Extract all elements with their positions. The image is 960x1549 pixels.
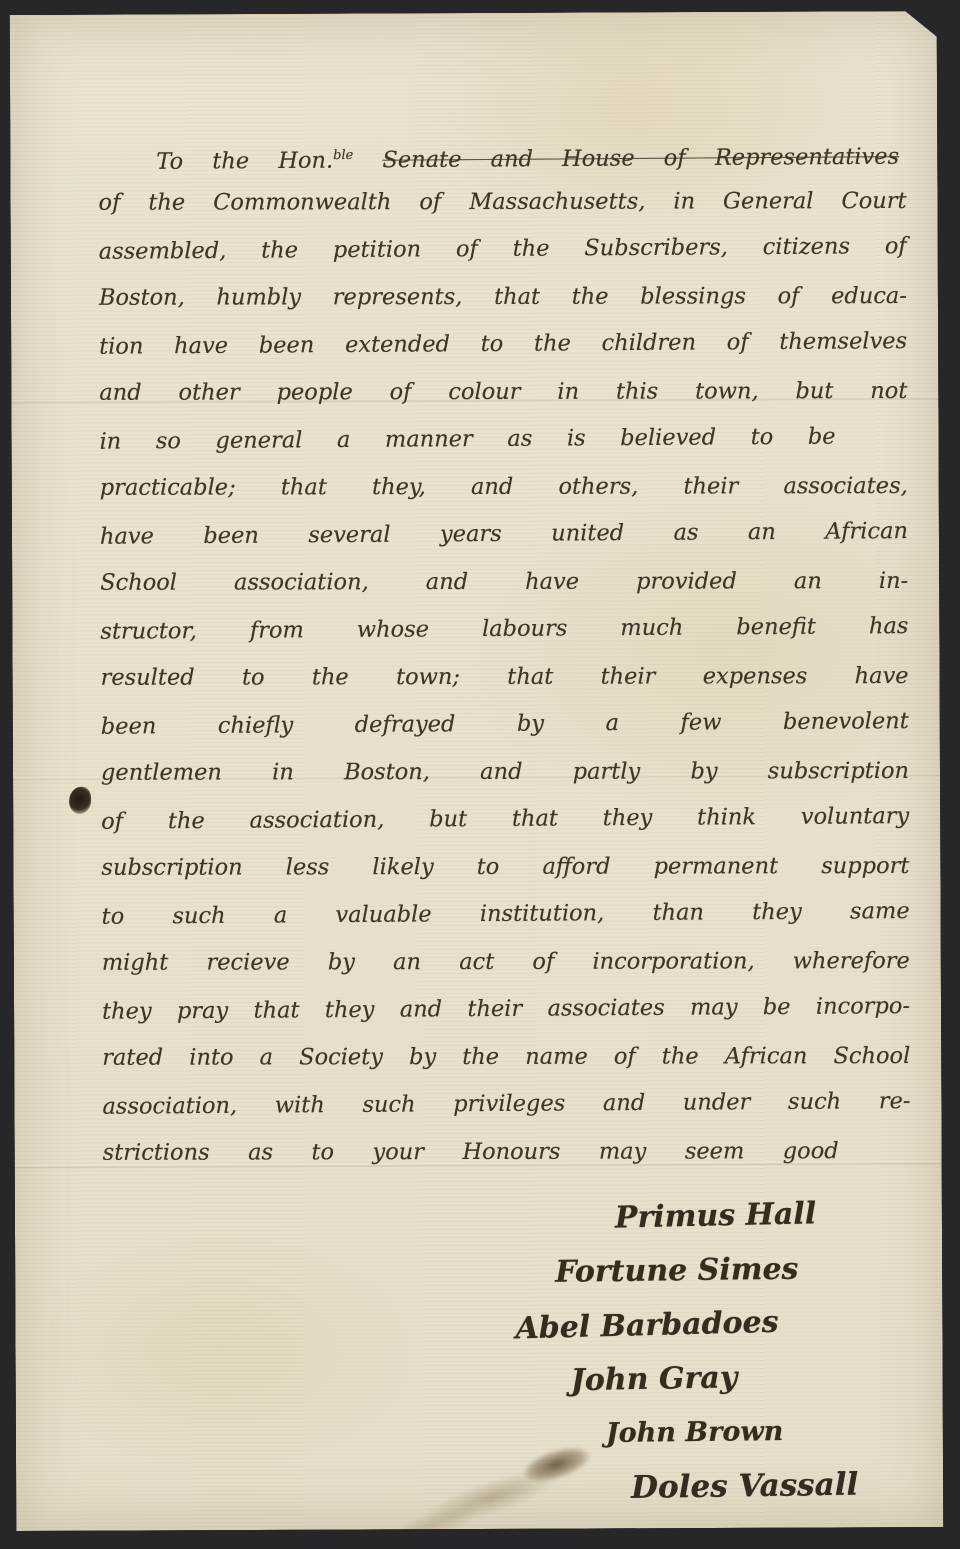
signature-block: Primus Hall Fortune Simes Abel Barbadoes… [455, 1189, 916, 1515]
manuscript-line: assembled, the petition of the Subscribe… [99, 223, 907, 276]
signature: Doles Vassall [456, 1457, 917, 1518]
manuscript-line: strictions as to your Honours may seem g… [103, 1127, 911, 1176]
manuscript-line: might recieve by an act of incorporation… [102, 937, 910, 986]
ink-blot [69, 787, 91, 814]
manuscript-line: To the Hon.ble Senate and House of Repre… [98, 128, 906, 181]
manuscript-line: gentlemen in Boston, and partly by subsc… [101, 747, 909, 796]
manuscript-line: in so general a manner as is believed to… [99, 413, 907, 466]
manuscript-text: To the Hon.ble Senate and House of Repre… [98, 129, 911, 1178]
manuscript-line: rated into a Society by the name of the … [102, 1032, 910, 1081]
manuscript-line: of the Commonwealth of Massachusetts, in… [98, 177, 906, 226]
manuscript-line: subscription less likely to afford perma… [101, 842, 909, 891]
manuscript-line: resulted to the town; that their expense… [101, 652, 909, 701]
manuscript-line: tion have been extended to the children … [99, 318, 907, 371]
manuscript-line: have been several years united as an Afr… [100, 508, 908, 561]
signature: John Gray [455, 1348, 916, 1410]
signature: Fortune Simes [455, 1241, 916, 1301]
manuscript-line: School association, and have provided an… [100, 557, 908, 606]
manuscript-paper: To the Hon.ble Senate and House of Repre… [10, 11, 944, 1531]
signature: Abel Barbadoes [455, 1292, 916, 1358]
manuscript-line: of the association, but that they think … [101, 793, 909, 846]
manuscript-line: to such a valuable institution, than the… [101, 888, 909, 941]
manuscript-line: they pray that they and their associates… [102, 983, 910, 1036]
manuscript-line: association, with such privileges and un… [102, 1078, 910, 1131]
manuscript-line: been chiefly defrayed by a few benevolen… [101, 698, 909, 751]
manuscript-line: practicable; that they, and others, thei… [100, 462, 908, 511]
heading-rest: Senate and House of Representatives [382, 144, 899, 174]
manuscript-line: and other people of colour in this town,… [99, 367, 907, 416]
signature: Primus Hall [454, 1185, 915, 1249]
heading-superscript: ble [333, 148, 353, 163]
manuscript-line: Boston, humbly represents, that the bles… [99, 272, 907, 321]
signature: John Brown [456, 1403, 917, 1462]
heading-prefix: To the Hon. [156, 148, 333, 175]
manuscript-line: structor, from whose labours much benefi… [100, 603, 908, 656]
